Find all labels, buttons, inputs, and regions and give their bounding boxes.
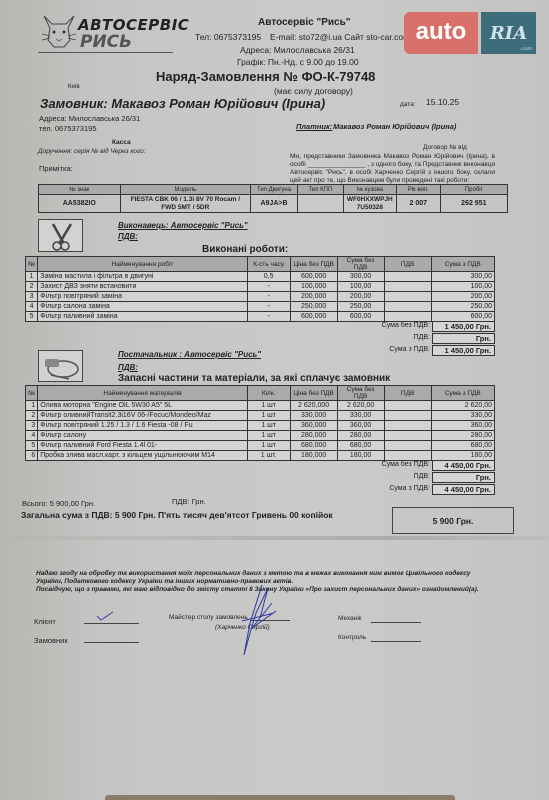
works-cell-name: Фільтр повітряний заміна	[38, 292, 247, 302]
vehicle-engine: A9JA>B	[251, 195, 298, 213]
summary-grand-total-box: 5 900 Грн.	[392, 507, 514, 534]
works-header-hours: К-сть часу	[247, 257, 290, 272]
works-total-value: 1 450,00 Грн.	[432, 345, 495, 356]
payer-name: Макавоз Роман Юрійович (Ірина)	[333, 122, 456, 131]
company-name: Автосервіс "Рись"	[258, 17, 351, 28]
customer-address: Адреса: Милославська 26/31	[39, 114, 140, 123]
vehicle-header-mileage: Пробіг	[440, 185, 507, 195]
cash-label: Касса	[112, 139, 131, 146]
parts-cell-qty: 1 шт	[247, 431, 290, 441]
parts-cell-price: 280,000	[290, 431, 337, 441]
order-city: Київ	[68, 84, 80, 90]
works-cell-qty: -	[247, 312, 290, 322]
parts-cell-vat	[384, 451, 431, 461]
works-cell-sum: 250,00	[337, 302, 384, 312]
parts-cell-num: 3	[26, 421, 38, 431]
works-header-name: Найменування робіт	[38, 257, 247, 272]
parts-cell-vat	[384, 441, 431, 451]
company-phone: Тел: 0675373195	[195, 32, 261, 42]
order-title: Наряд-Замовлення № ФО-К-79748	[156, 69, 375, 84]
works-total-label: Сума без ПДВ:	[382, 322, 430, 329]
works-cell-vat	[384, 302, 431, 312]
vehicle-header-vin: № кузова	[343, 185, 396, 195]
works-cell-qty: 0,5	[247, 272, 290, 282]
signature-mechanic-label: Механік	[338, 615, 362, 622]
parts-cell-price: 680,000	[290, 441, 337, 451]
parts-row: 6Пробка злива масл.карт. з кільцем ущіль…	[26, 451, 495, 461]
parts-cell-vat	[384, 431, 431, 441]
parts-table: № Найменування матеріалів Кілк. Ціна без…	[25, 385, 495, 461]
order-subtitle: (має силу договору)	[274, 86, 353, 96]
parts-cell-qty: 1 шт	[247, 401, 290, 411]
summary-total: Всього: 5 900,00 Грн.	[22, 499, 95, 508]
works-cell-sum: 600,00	[337, 312, 384, 322]
customer-phone: тел. 0675373195	[39, 124, 97, 133]
signature-scribble-icon	[232, 583, 282, 658]
works-row: 4Фільтр салона заміна-250,000250,00250,0…	[26, 302, 495, 312]
contract-text: Ми, представники Замовника Макавоз Роман…	[290, 153, 495, 185]
works-header-total: Сума з ПДВ	[431, 257, 494, 272]
customer-line: Замовник: Макавоз Роман Юрійович (Ірина)	[40, 96, 325, 111]
parts-icon-box	[38, 350, 83, 382]
parts-cell-total: 180,00	[431, 451, 494, 461]
vehicle-model: FIESTA CBK 06 / 1.3i 8V 70 Rocam / FWD 5…	[120, 195, 251, 213]
date-label: дата:	[400, 101, 416, 108]
works-cell-total: 200,00	[431, 292, 494, 302]
works-cell-total: 250,00	[431, 302, 494, 312]
parts-cell-vat	[384, 401, 431, 411]
company-address: Адреса: Милославська 26/31	[240, 45, 355, 55]
parts-cell-qty: 1 шт.	[247, 451, 290, 461]
parts-header-price: Ціна без ПДВ	[290, 386, 337, 401]
works-cell-qty: -	[247, 282, 290, 292]
works-total-value: 1 450,00 Грн.	[432, 321, 495, 332]
vehicle-header-row: № знак Модель Тип Двигуна Тип КПП № кузо…	[39, 185, 508, 195]
works-cell-name: Захист ДВЗ зняти встановити	[38, 282, 247, 292]
vehicle-header-year: Рік вип.	[396, 185, 440, 195]
works-cell-price: 250,000	[290, 302, 337, 312]
parts-total-value: 4 450,00 Грн.	[432, 460, 495, 471]
works-cell-sum: 200,00	[337, 292, 384, 302]
note-label: Примітка:	[39, 164, 73, 173]
parts-total-value: 4 450,00 Грн.	[432, 484, 495, 495]
parts-cell-qty: 1 шт	[247, 441, 290, 451]
signature-client-line	[84, 623, 139, 624]
fold-shadow	[0, 536, 549, 540]
parts-cell-name: Фільтр повітряний 1.25 / 1.3 / 1.6 Fiest…	[38, 421, 247, 431]
document-page: АВТОСЕРВІС РИСЬ Автосервіс "Рись" Тел: 0…	[0, 0, 549, 800]
signature-control-label: Контроль	[338, 634, 366, 641]
parts-cell-sum: 280,00	[337, 431, 384, 441]
summary-vat: ПДВ: Грн.	[172, 497, 206, 506]
signature-mechanic-line	[371, 622, 421, 623]
works-table: № Найменування робіт К-сть часу Ціна без…	[25, 256, 495, 322]
works-cell-total: 100,00	[431, 282, 494, 292]
parts-cell-num: 1	[26, 401, 38, 411]
works-cell-vat	[384, 292, 431, 302]
works-total-label: ПДВ:	[414, 334, 430, 341]
autoria-ria-text: RIA	[490, 23, 527, 44]
parts-cell-name: Фільтр оливнийTransit2.3i16V 06-/Focuc/M…	[38, 411, 247, 421]
works-cell-qty: -	[247, 302, 290, 312]
parts-cell-num: 6	[26, 451, 38, 461]
parts-cell-name: Фільтр салону	[38, 431, 247, 441]
parts-icon	[39, 351, 84, 383]
parts-cell-sum: 2 620,00	[337, 401, 384, 411]
works-cell-num: 2	[26, 282, 38, 292]
works-cell-price: 600,000	[290, 272, 337, 282]
parts-cell-name: Пробка злива масл.карт. з кільцем ущільн…	[38, 451, 247, 461]
parts-header-num: №	[26, 386, 38, 401]
works-header-sum: Сума без ПДВ	[337, 257, 384, 272]
parts-cell-num: 4	[26, 431, 38, 441]
works-title: Виконані роботи:	[202, 244, 288, 255]
signature-control-line	[371, 641, 421, 642]
autoria-watermark-ria: RIA .com	[481, 12, 536, 54]
parts-total-label: ПДВ:	[414, 473, 430, 480]
order-date: 15.10.25	[426, 97, 459, 107]
works-icon-box	[38, 219, 83, 252]
parts-cell-price: 180,000	[290, 451, 337, 461]
parts-cell-total: 280,00	[431, 431, 494, 441]
parts-row: 5Фільтр паливний Ford Fiesta 1.4l 01-1 ш…	[26, 441, 495, 451]
wrench-icon	[39, 220, 84, 253]
consent-line1: Надаю згоду на обробку та використання м…	[36, 570, 470, 577]
parts-cell-vat	[384, 411, 431, 421]
works-executor: Виконавець: Автосервіс "Рись"	[118, 221, 248, 230]
works-row: 3Фільтр повітряний заміна-200,000200,002…	[26, 292, 495, 302]
parts-row: 1Олива моторна "Engine OIL 5W30 A5" 5L1 …	[26, 401, 495, 411]
power-of-attorney: Доручення: серія № від Через кого:	[38, 148, 146, 155]
autoria-watermark-auto: auto	[404, 12, 478, 54]
parts-title: Запасні частини та матеріали, за які спл…	[118, 373, 390, 384]
parts-cell-price: 2 620,000	[290, 401, 337, 411]
logo-underline	[38, 52, 173, 53]
parts-cell-price: 330,000	[290, 411, 337, 421]
client-checkmark-icon	[95, 610, 115, 622]
payer-label: Платник:	[296, 122, 332, 131]
works-cell-qty: -	[247, 292, 290, 302]
works-cell-price: 100,000	[290, 282, 337, 292]
parts-cell-num: 2	[26, 411, 38, 421]
works-total-value: Грн.	[432, 333, 495, 344]
works-cell-num: 5	[26, 312, 38, 322]
parts-cell-qty: 1 шт	[247, 411, 290, 421]
parts-cell-vat	[384, 421, 431, 431]
parts-cell-total: 680,00	[431, 441, 494, 451]
vehicle-header-plate: № знак	[39, 185, 121, 195]
parts-supplier: Постачальник : Автосервіс "Рись"	[118, 350, 261, 359]
parts-cell-sum: 680,00	[337, 441, 384, 451]
parts-cell-total: 330,00	[431, 411, 494, 421]
parts-header-sum: Сума без ПДВ	[337, 386, 384, 401]
company-schedule: Графік: Пн.-Нд. с 9.00 до 19.00	[237, 57, 359, 67]
parts-total-label: Сума без ПДВ:	[382, 461, 430, 468]
vehicle-mileage: 262 951	[440, 195, 507, 213]
works-header-vat: ПДВ	[384, 257, 431, 272]
works-cell-sum: 100,00	[337, 282, 384, 292]
works-cell-total: 300,00	[431, 272, 494, 282]
vehicle-gearbox	[297, 195, 343, 213]
vehicle-header-model: Модель	[120, 185, 251, 195]
works-cell-name: Заміна мастила і фільтра в двигуні	[38, 272, 247, 282]
works-cell-num: 1	[26, 272, 38, 282]
parts-header-vat: ПДВ	[384, 386, 431, 401]
parts-vat-label: ПДВ:	[118, 363, 138, 372]
works-total-label: Сума з ПДВ:	[389, 346, 430, 353]
logo-line2: РИСЬ	[80, 32, 132, 52]
parts-cell-sum: 330,00	[337, 411, 384, 421]
parts-cell-sum: 180,00	[337, 451, 384, 461]
works-row: 5Фільтр паливний заміна-600,000600,00600…	[26, 312, 495, 322]
parts-row: 2Фільтр оливнийTransit2.3i16V 06-/Focuc/…	[26, 411, 495, 421]
works-cell-name: Фільтр паливний заміна	[38, 312, 247, 322]
parts-total-label: Сума з ПДВ:	[389, 485, 430, 492]
vehicle-year: 2 007	[396, 195, 440, 213]
bottom-edge	[105, 795, 455, 800]
contract-header: Договор № від	[423, 144, 467, 151]
vehicle-plate: AA5382IO	[39, 195, 121, 213]
parts-header-total: Сума з ПДВ	[431, 386, 494, 401]
vehicle-vin: WF0HXXWPJH 7U50328	[343, 195, 396, 213]
works-cell-num: 4	[26, 302, 38, 312]
parts-header-qty: Кілк.	[247, 386, 290, 401]
works-cell-num: 3	[26, 292, 38, 302]
works-cell-sum: 300,00	[337, 272, 384, 282]
works-cell-price: 600,000	[290, 312, 337, 322]
works-header-row: № Найменування робіт К-сть часу Ціна без…	[26, 257, 495, 272]
vehicle-row: AA5382IO FIESTA CBK 06 / 1.3i 8V 70 Roca…	[39, 195, 508, 213]
parts-total-value: Грн.	[432, 472, 495, 483]
parts-cell-total: 2 620,00	[431, 401, 494, 411]
works-cell-total: 600,00	[431, 312, 494, 322]
parts-row: 3Фільтр повітряний 1.25 / 1.3 / 1.6 Fies…	[26, 421, 495, 431]
works-cell-vat	[384, 282, 431, 292]
parts-cell-price: 360,000	[290, 421, 337, 431]
parts-header-row: № Найменування матеріалів Кілк. Ціна без…	[26, 386, 495, 401]
vehicle-header-engine: Тип Двигуна	[251, 185, 298, 195]
works-cell-name: Фільтр салона заміна	[38, 302, 247, 312]
signature-customer-label: Замовник	[34, 636, 68, 645]
signature-client-label: Клієнт	[34, 617, 56, 626]
parts-cell-name: Фільтр паливний Ford Fiesta 1.4l 01-	[38, 441, 247, 451]
signature-customer-line	[84, 642, 139, 643]
works-cell-vat	[384, 312, 431, 322]
works-header-num: №	[26, 257, 38, 272]
parts-header-name: Найменування матеріалів	[38, 386, 247, 401]
company-email-site: E-mail: sto72@i.ua Сайт sto-car.com.ua	[270, 32, 422, 42]
autoria-com-text: .com	[520, 46, 532, 52]
works-cell-vat	[384, 272, 431, 282]
parts-cell-num: 5	[26, 441, 38, 451]
works-cell-price: 200,000	[290, 292, 337, 302]
vehicle-table: № знак Модель Тип Двигуна Тип КПП № кузо…	[38, 184, 508, 213]
works-vat-label: ПДВ:	[118, 232, 138, 241]
works-row: 2Захист ДВЗ зняти встановити-100,000100,…	[26, 282, 495, 292]
parts-cell-sum: 360,00	[337, 421, 384, 431]
vehicle-header-gearbox: Тип КПП	[297, 185, 343, 195]
works-header-price: Ціна без ПДВ	[290, 257, 337, 272]
summary-grand-total-text: Загальна сума з ПДВ: 5 900 Грн. П'ять ти…	[21, 510, 333, 520]
parts-cell-qty: 1 шт	[247, 421, 290, 431]
works-row: 1Заміна мастила і фільтра в двигуні0,560…	[26, 272, 495, 282]
lynx-icon	[40, 12, 78, 50]
parts-row: 4Фільтр салону1 шт280,000280,00280,00	[26, 431, 495, 441]
parts-cell-name: Олива моторна "Engine OIL 5W30 A5" 5L	[38, 401, 247, 411]
parts-cell-total: 360,00	[431, 421, 494, 431]
